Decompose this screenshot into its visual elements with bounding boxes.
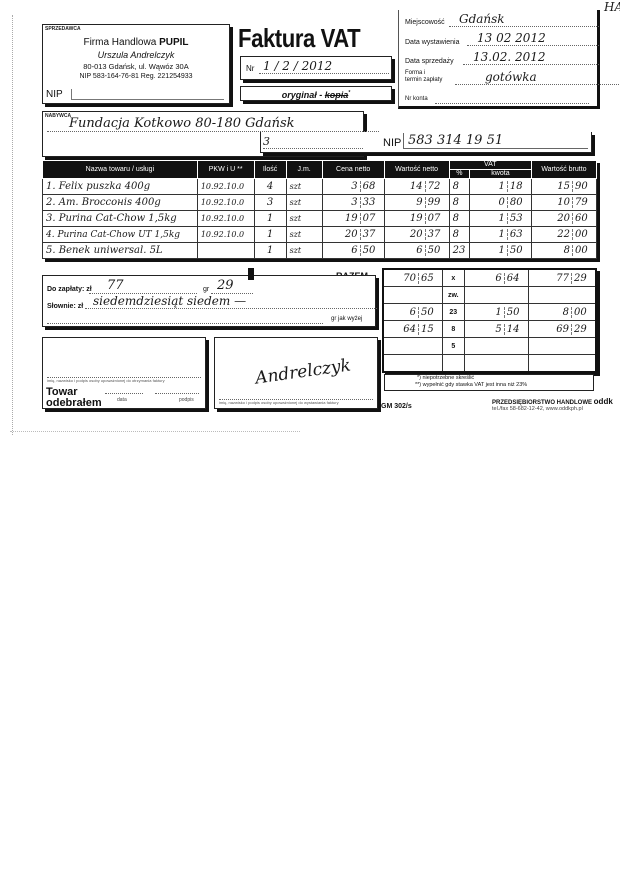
payment-box: Do zapłaty: zł 77 gr 29 Słownie: zł sied…	[42, 275, 376, 327]
seller-nip-field[interactable]	[71, 89, 224, 100]
issuer-signature: Andrelczyk	[254, 355, 352, 388]
words-line-2	[47, 322, 323, 324]
total-vat[interactable]	[464, 355, 528, 373]
issue-date-value[interactable]: 13 02 2012	[467, 31, 599, 46]
payment-label-2: termin zapłaty	[405, 77, 442, 83]
item-name[interactable]: 3. Purina Cat-Chow 1,5kg	[43, 211, 198, 227]
totals-row: zw.	[383, 287, 596, 304]
item-unit[interactable]: szt	[286, 243, 322, 259]
header-vat-pct: %	[449, 170, 469, 179]
header-value-net: Wartość netto	[384, 161, 449, 179]
total-pct: 5	[442, 338, 464, 355]
item-value-net[interactable]: 2037	[384, 227, 449, 243]
item-pkwiu[interactable]: 10.92.10.0	[197, 227, 254, 243]
total-gross[interactable]	[528, 338, 596, 355]
item-unit[interactable]: szt	[286, 179, 322, 195]
item-unit[interactable]: szt	[286, 195, 322, 211]
table-row: 1. Felix puszka 400g 10.92.10.0 4 szt 36…	[43, 179, 597, 195]
payment-label-1: Forma i	[405, 70, 425, 76]
item-unit[interactable]: szt	[286, 227, 322, 243]
gr-label: gr	[203, 286, 209, 293]
sale-date-value[interactable]: 13.02. 2012	[463, 50, 599, 65]
total-gross[interactable]: 800	[528, 304, 596, 321]
item-vat-pct[interactable]: 23	[449, 243, 469, 259]
receiver-box: imię, nazwisko i podpis osoby upoważnion…	[42, 337, 206, 409]
total-net[interactable]	[383, 287, 442, 304]
account-value[interactable]	[435, 102, 589, 104]
totals-row	[383, 355, 596, 373]
item-qty[interactable]: 1	[254, 211, 286, 227]
margin-dots	[12, 15, 14, 435]
details-box: Miejscowość Gdańsk Data wystawienia 13 0…	[398, 10, 600, 109]
total-gross[interactable]	[528, 287, 596, 304]
total-pct	[442, 355, 464, 373]
header-value-gross: Wartość brutto	[531, 161, 596, 179]
as-above-label: gr jak wyżej	[331, 316, 362, 322]
item-name[interactable]: 5. Benek uniwersal. 5L	[43, 243, 198, 259]
header-price-net: Cena netto	[322, 161, 384, 179]
item-vat-pct[interactable]: 8	[449, 211, 469, 227]
item-pkwiu[interactable]: 10.92.10.0	[197, 179, 254, 195]
total-net[interactable]	[383, 338, 442, 355]
header-qty: Ilość	[254, 161, 286, 179]
total-vat[interactable]: 514	[464, 321, 528, 338]
totals-row: 7065 x 664 7729	[383, 269, 596, 287]
item-value-gross[interactable]: 1079	[531, 195, 596, 211]
item-vat-pct[interactable]: 8	[449, 195, 469, 211]
item-vat-amount[interactable]: 080	[469, 195, 531, 211]
item-value-gross[interactable]: 1590	[531, 179, 596, 195]
item-name[interactable]: 4. Purina Cat-Chow UT 1,5kg	[43, 227, 198, 243]
seller-owner: Urszula Andrelczyk	[43, 50, 229, 60]
form-code: GM 302/s	[381, 403, 412, 410]
item-value-gross[interactable]: 2200	[531, 227, 596, 243]
total-gross[interactable]	[528, 355, 596, 373]
item-vat-amount[interactable]: 163	[469, 227, 531, 243]
totals-row: 5	[383, 338, 596, 355]
invoice-number-box: Nr 1 / 2 / 2012	[240, 56, 392, 80]
table-row: 2. Am. Broccoнis 400g 10.92.10.0 3 szt 3…	[43, 195, 597, 211]
table-row: 4. Purina Cat-Chow UT 1,5kg 10.92.10.0 1…	[43, 227, 597, 243]
publisher: PRZEDSIĘBIORSTWO HANDLOWE oddk	[492, 397, 613, 406]
item-qty[interactable]: 1	[254, 243, 286, 259]
received-date-line[interactable]	[105, 392, 143, 394]
item-price-net[interactable]: 368	[322, 179, 384, 195]
item-pkwiu[interactable]	[197, 243, 254, 259]
item-price-net[interactable]: 1907	[322, 211, 384, 227]
payment-value[interactable]: gotówka	[455, 70, 619, 85]
received-label-2: odebrałem	[46, 397, 102, 409]
account-label: Nr konta	[405, 96, 428, 102]
item-value-net[interactable]: 1472	[384, 179, 449, 195]
buyer-line-1[interactable]: Fundacja Kotkowo 80-180 Gdańsk	[47, 116, 379, 132]
invoice-nr-value[interactable]: 1 / 2 / 2012	[259, 59, 389, 74]
buyer-nip-label: NIP	[383, 137, 401, 149]
item-value-gross[interactable]: 800	[531, 243, 596, 259]
total-vat[interactable]	[464, 338, 528, 355]
item-qty[interactable]: 4	[254, 179, 286, 195]
seller-box: SPRZEDAWCA Firma Handlowa PUPIL Urszula …	[42, 24, 230, 104]
footnote-1: *) niepotrzebne skreślić	[417, 375, 474, 381]
copy-type-box: oryginał - kopia*	[240, 86, 392, 101]
total-vat[interactable]	[464, 287, 528, 304]
total-gross[interactable]: 7729	[528, 269, 596, 287]
table-row: 3. Purina Cat-Chow 1,5kg 10.92.10.0 1 sz…	[43, 211, 597, 227]
totals-row: 6415 8 514 6929	[383, 321, 596, 338]
seller-label: SPRZEDAWCA	[45, 26, 81, 32]
item-pkwiu[interactable]: 10.92.10.0	[197, 211, 254, 227]
total-pct: x	[442, 269, 464, 287]
item-vat-pct[interactable]: 8	[449, 179, 469, 195]
item-price-net[interactable]: 650	[322, 243, 384, 259]
item-vat-pct[interactable]: 8	[449, 227, 469, 243]
sale-date-label: Data sprzedaży	[405, 58, 454, 65]
item-pkwiu[interactable]: 10.92.10.0	[197, 195, 254, 211]
item-vat-amount[interactable]: 150	[469, 243, 531, 259]
corner-mark: HA	[604, 0, 620, 14]
item-price-net[interactable]: 2037	[322, 227, 384, 243]
total-vat[interactable]: 150	[464, 304, 528, 321]
place-value[interactable]: Gdańsk	[449, 12, 599, 27]
issuer-caption: imię, nazwisko i podpis osoby upoważnion…	[219, 400, 339, 405]
table-row: 5. Benek uniwersal. 5L 1 szt 650 650 23 …	[43, 243, 597, 259]
to-pay-gr[interactable]: 29	[211, 278, 253, 294]
copy-struck: kopia	[325, 90, 349, 100]
invoice-title: Faktura VAT	[238, 23, 360, 54]
total-pct: 8	[442, 321, 464, 338]
buyer-nip-value[interactable]: 583 314 19 51	[403, 133, 588, 149]
item-unit[interactable]: szt	[286, 211, 322, 227]
total-net[interactable]	[383, 355, 442, 373]
issuer-box: Andrelczyk imię, nazwisko i podpis osoby…	[214, 337, 378, 409]
seller-nip-reg: NIP 583-164-76-81 Reg. 221254933	[43, 73, 229, 80]
total-pct: zw.	[442, 287, 464, 304]
header-name: Nazwa towaru / usługi	[43, 161, 198, 179]
buyer-nip-box: 3 NIP 583 314 19 51	[260, 132, 592, 153]
razem-tab	[248, 268, 254, 280]
item-price-net[interactable]: 333	[322, 195, 384, 211]
footnotes-box: *) niepotrzebne skreślić **) wypełnić gd…	[384, 374, 594, 391]
totals-row: 650 23 150 800	[383, 304, 596, 321]
seller-nip-label: NIP	[46, 89, 63, 100]
item-value-net[interactable]: 1907	[384, 211, 449, 227]
issue-date-label: Data wystawienia	[405, 39, 459, 46]
received-sign-label: podpis	[179, 397, 194, 403]
total-net[interactable]: 650	[383, 304, 442, 321]
total-net[interactable]: 6415	[383, 321, 442, 338]
publisher-logo: oddk	[594, 397, 613, 406]
to-pay-zl[interactable]: 77	[89, 278, 197, 294]
total-vat[interactable]: 664	[464, 269, 528, 287]
header-vat-amount: kwota	[469, 170, 531, 179]
received-date-label: data	[117, 397, 127, 403]
seller-address: 80-013 Gdańsk, ul. Wąwóz 30A	[43, 62, 229, 71]
header-vat: VAT	[449, 161, 531, 170]
item-vat-amount[interactable]: 153	[469, 211, 531, 227]
total-net[interactable]: 7065	[383, 269, 442, 287]
totals-table: 7065 x 664 7729 zw. 650 23 150 800 6415 …	[382, 268, 597, 373]
total-gross[interactable]: 6929	[528, 321, 596, 338]
seller-company: Firma Handlowa PUPIL	[43, 37, 229, 48]
received-sign-line[interactable]	[155, 392, 199, 394]
item-name[interactable]: 1. Felix puszka 400g	[43, 179, 198, 195]
place-label: Miejscowość	[405, 19, 445, 26]
total-pct: 23	[442, 304, 464, 321]
item-value-net[interactable]: 650	[384, 243, 449, 259]
item-name[interactable]: 2. Am. Broccoнis 400g	[43, 195, 198, 211]
header-pkwiu: PKW i U **	[197, 161, 254, 179]
footnote-2: **) wypełnić gdy stawka VAT jest inna ni…	[415, 382, 527, 388]
to-pay-label: Do zapłaty: zł	[47, 286, 92, 293]
items-table: Nazwa towaru / usługi PKW i U ** Ilość J…	[42, 160, 597, 259]
item-qty[interactable]: 1	[254, 227, 286, 243]
header-unit: J.m.	[286, 161, 322, 179]
item-value-gross[interactable]: 2060	[531, 211, 596, 227]
buyer-line-2[interactable]: 3	[263, 135, 363, 149]
publisher-contact: tel./fax 58-682-12-42, www.oddkph.pl	[492, 406, 583, 412]
item-value-net[interactable]: 999	[384, 195, 449, 211]
invoice-nr-label: Nr	[246, 64, 254, 73]
scan-artifact-line	[10, 430, 300, 432]
item-vat-amount[interactable]: 118	[469, 179, 531, 195]
item-qty[interactable]: 3	[254, 195, 286, 211]
receiver-caption: imię, nazwisko i podpis osoby upoważnion…	[47, 378, 165, 383]
words-value[interactable]: siedemdziesiąt siedem —	[85, 294, 377, 309]
words-label: Słownie: zł	[47, 303, 83, 310]
